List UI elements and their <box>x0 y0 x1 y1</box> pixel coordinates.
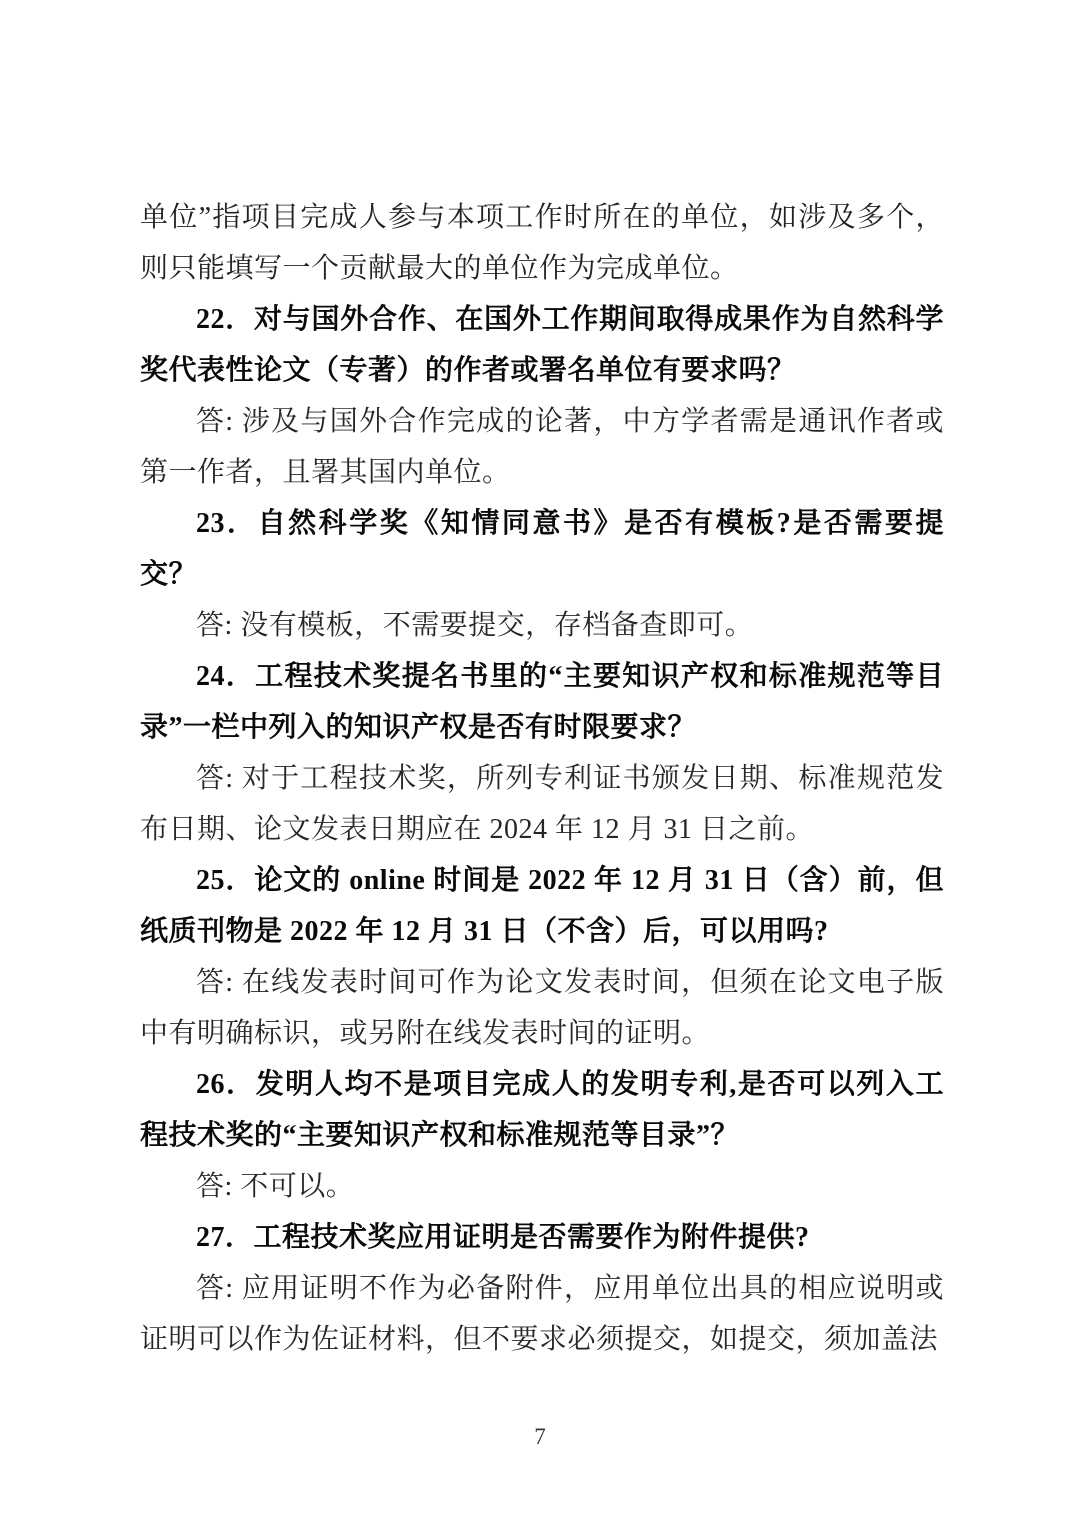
faq-question-22: 22．对与国外合作、在国外工作期间取得成果作为自然科学奖代表性论文（专著）的作者… <box>140 294 944 396</box>
paragraph-continuation: 单位”指项目完成人参与本项工作时所在的单位，如涉及多个，则只能填写一个贡献最大的… <box>140 192 944 294</box>
faq-answer-22: 答: 涉及与国外合作完成的论著，中方学者需是通讯作者或第一作者，且署其国内单位。 <box>140 396 944 498</box>
faq-question-27: 27．工程技术奖应用证明是否需要作为附件提供? <box>140 1212 944 1263</box>
faq-question-24: 24．工程技术奖提名书里的“主要知识产权和标准规范等目录”一栏中列入的知识产权是… <box>140 651 944 753</box>
faq-answer-26: 答: 不可以。 <box>140 1161 944 1212</box>
page-footer: 7 <box>0 1424 1080 1450</box>
faq-answer-25: 答: 在线发表时间可作为论文发表时间，但须在论文电子版中有明确标识，或另附在线发… <box>140 957 944 1059</box>
faq-question-23: 23．自然科学奖《知情同意书》是否有模板?是否需要提交？ <box>140 498 944 600</box>
faq-answer-24: 答: 对于工程技术奖，所列专利证书颁发日期、标准规范发布日期、论文发表日期应在 … <box>140 753 944 855</box>
faq-answer-23: 答: 没有模板，不需要提交，存档备查即可。 <box>140 600 944 651</box>
faq-question-25: 25．论文的 online 时间是 2022 年 12 月 31 日（含）前，但… <box>140 855 944 957</box>
document-page: 单位”指项目完成人参与本项工作时所在的单位，如涉及多个，则只能填写一个贡献最大的… <box>0 0 1080 1528</box>
faq-answer-27: 答: 应用证明不作为必备附件，应用单位出具的相应说明或证明可以作为佐证材料，但不… <box>140 1263 944 1365</box>
faq-question-26: 26．发明人均不是项目完成人的发明专利,是否可以列入工程技术奖的“主要知识产权和… <box>140 1059 944 1161</box>
page-number: 7 <box>534 1424 546 1449</box>
faq-content: 单位”指项目完成人参与本项工作时所在的单位，如涉及多个，则只能填写一个贡献最大的… <box>140 192 944 1365</box>
